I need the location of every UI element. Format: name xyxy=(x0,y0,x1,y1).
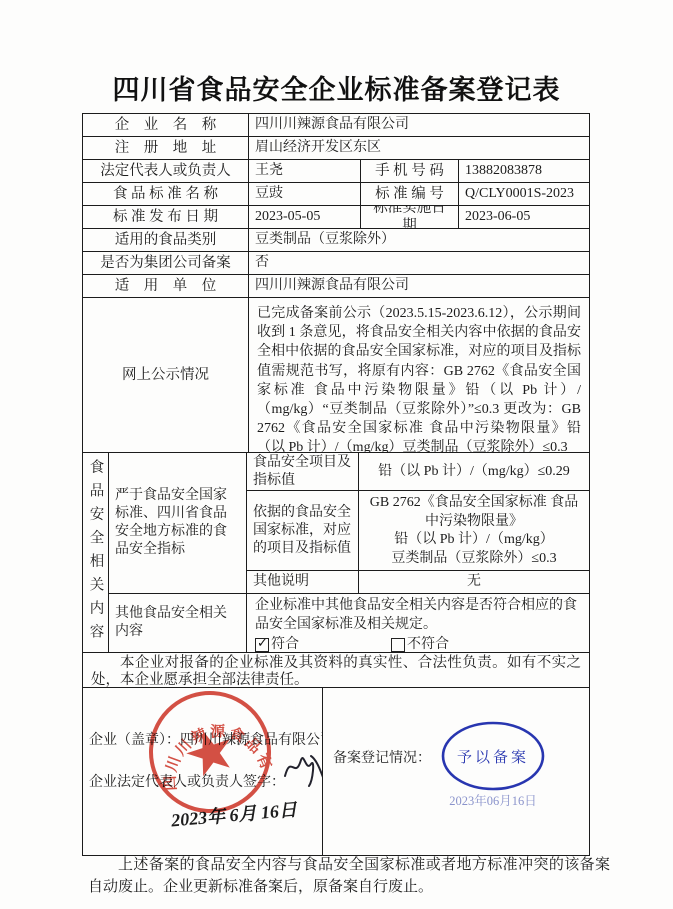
food-safety-side-label: 食品安全相关内容 xyxy=(87,459,105,647)
table-row: 企 业 名 称 四川川辣源食品有限公司 xyxy=(83,114,589,137)
table-row: 适 用 单 位 四川川辣源食品有限公司 xyxy=(83,275,589,298)
other-safety-text: 企业标准中其他食品安全相关内容是否符合相应的食品安全国家标准及相关规定。 xyxy=(255,598,577,632)
food-safety-section: 食品安全相关内容 严于食品安全国家标准、四川省食品安全地方标准的食品安全指标 食… xyxy=(83,453,589,653)
stricter-group-label: 严于食品安全国家标准、四川省食品安全地方标准的食品安全指标 xyxy=(109,453,247,593)
table-row: 食 品 标 准 名 称 豆豉 标 准 编 号 Q/CLY0001S-2023 xyxy=(83,183,589,206)
registration-table: 企 业 名 称 四川川辣源食品有限公司 注 册 地 址 眉山经济开发区东区 法定… xyxy=(82,113,590,856)
basis-value: GB 2762《食品安全国家标准 食品中污染物限量》 铅（以 Pb 计）/（mg… xyxy=(359,491,589,570)
statement-row: 本企业对报备的企业标准及其资料的真实性、合法性负责。如有不实之处，本企业愿承担全… xyxy=(83,653,589,688)
statement-text: 本企业对报备的企业标准及其资料的真实性、合法性负责。如有不实之处，本企业愿承担全… xyxy=(83,653,589,687)
page-title: 四川省食品安全企业标准备案登记表 xyxy=(0,68,673,107)
approval-stamp-text: 予以备案 xyxy=(457,749,529,766)
other-note-value: 无 xyxy=(359,571,589,593)
impl-date-label: 标准实施日期 xyxy=(361,206,459,228)
legal-rep-value: 王尧 xyxy=(249,160,361,182)
group-filing-value: 否 xyxy=(249,252,589,274)
other-safety-group: 其他食品安全相关内容 企业标准中其他食品安全相关内容是否符合相应的食品安全国家标… xyxy=(109,594,589,652)
basis-label: 依据的食品安全国家标准，对应的项目及指标值 xyxy=(247,491,359,570)
company-name-value: 四川川辣源食品有限公司 xyxy=(249,114,589,136)
basis-value-line: 豆类制品（豆浆除外）≤0.3 xyxy=(365,550,583,569)
table-row: 是否为集团公司备案 否 xyxy=(83,252,589,275)
food-category-value: 豆类制品（豆浆除外） xyxy=(249,229,589,251)
checkbox-no-label: 不符合 xyxy=(407,636,449,652)
applicable-unit-value: 四川川辣源食品有限公司 xyxy=(249,275,589,297)
phone-value: 13882083878 xyxy=(459,160,589,182)
publish-date-label: 标 准 发 布 日 期 xyxy=(83,206,249,228)
company-signature-cell: 企业（盖章）：四川川辣源食品有限公司 企业法定代表人或负责人签字： 2023年 … xyxy=(83,688,323,855)
company-red-stamp-icon: 四川川辣源食品有限公司 xyxy=(146,688,274,816)
table-row: 适用的食品类别 豆类制品（豆浆除外） xyxy=(83,229,589,252)
publish-date-value: 2023-05-05 xyxy=(249,206,361,228)
registration-form-page: 四川省食品安全企业标准备案登记表 企 业 名 称 四川川辣源食品有限公司 注 册… xyxy=(0,0,673,909)
public-notice-row: 网上公示情况 已完成备案前公示（2023.5.15-2023.6.12），公示期… xyxy=(83,298,589,453)
legal-rep-label: 法定代表人或负责人 xyxy=(83,160,249,182)
indicator-value: 铅（以 Pb 计）/（mg/kg）≤0.29 xyxy=(359,453,589,490)
indicator-row: 食品安全项目及指标值 铅（以 Pb 计）/（mg/kg）≤0.29 xyxy=(247,453,589,491)
record-date: 2023年06月16日 xyxy=(439,792,547,810)
standard-name-value: 豆豉 xyxy=(249,183,361,205)
company-name-label: 企 业 名 称 xyxy=(83,114,249,136)
other-note-row: 其他说明 无 xyxy=(247,571,589,593)
other-safety-content: 企业标准中其他食品安全相关内容是否符合相应的食品安全国家标准及相关规定。 ✓ 符… xyxy=(247,594,589,652)
impl-date-value: 2023-06-05 xyxy=(459,206,589,228)
public-notice-label: 网上公示情况 xyxy=(83,298,249,452)
table-row: 注 册 地 址 眉山经济开发区东区 xyxy=(83,137,589,160)
stricter-group-rows: 食品安全项目及指标值 铅（以 Pb 计）/（mg/kg）≤0.29 依据的食品安… xyxy=(247,453,589,593)
checkbox-yes-label: 符合 xyxy=(271,636,299,652)
basis-value-line: 铅（以 Pb 计）/（mg/kg） xyxy=(365,531,583,550)
other-safety-label: 其他食品安全相关内容 xyxy=(109,594,247,652)
indicator-label: 食品安全项目及指标值 xyxy=(247,453,359,490)
address-value: 眉山经济开发区东区 xyxy=(249,137,589,159)
standard-no-value: Q/CLY0001S-2023 xyxy=(459,183,589,205)
public-notice-text: 已完成备案前公示（2023.5.15-2023.6.12），公示期间收到 1 条… xyxy=(249,298,589,452)
basis-row: 依据的食品安全国家标准，对应的项目及指标值 GB 2762《食品安全国家标准 食… xyxy=(247,491,589,571)
applicable-unit-label: 适 用 单 位 xyxy=(83,275,249,297)
other-note-label: 其他说明 xyxy=(247,571,359,593)
food-category-label: 适用的食品类别 xyxy=(83,229,249,251)
signature-row: 企业（盖章）：四川川辣源食品有限公司 企业法定代表人或负责人签字： 2023年 … xyxy=(83,688,589,855)
compliance-checkboxes: ✓ 符合 不符合 xyxy=(255,636,581,652)
table-row: 标 准 发 布 日 期 2023-05-05 标准实施日期 2023-06-05 xyxy=(83,206,589,229)
footer-note: 上述备案的食品安全内容与食品安全国家标准或者地方标准冲突的该备案自动废止。企业更… xyxy=(88,854,610,898)
record-status-label: 备案登记情况： xyxy=(333,750,431,768)
approval-blue-stamp-icon: 予以备案 xyxy=(439,720,547,792)
table-row: 法定代表人或负责人 王尧 手 机 号 码 13882083878 xyxy=(83,160,589,183)
food-safety-content: 严于食品安全国家标准、四川省食品安全地方标准的食品安全指标 食品安全项目及指标值… xyxy=(109,453,589,652)
checkbox-checked-icon: ✓ xyxy=(255,638,269,652)
standard-no-label: 标 准 编 号 xyxy=(361,183,459,205)
group-filing-label: 是否为集团公司备案 xyxy=(83,252,249,274)
address-label: 注 册 地 址 xyxy=(83,137,249,159)
food-safety-side-label-cell: 食品安全相关内容 xyxy=(83,453,109,652)
standard-name-label: 食 品 标 准 名 称 xyxy=(83,183,249,205)
stricter-standards-group: 严于食品安全国家标准、四川省食品安全地方标准的食品安全指标 食品安全项目及指标值… xyxy=(109,453,589,594)
handwritten-signature xyxy=(281,750,323,788)
basis-value-line: GB 2762《食品安全国家标准 食品中污染物限量》 xyxy=(365,494,583,531)
checkbox-unchecked-icon xyxy=(391,638,405,652)
phone-label: 手 机 号 码 xyxy=(361,160,459,182)
record-status-cell: 备案登记情况： 予以备案 2023年06月16日 xyxy=(323,688,589,855)
